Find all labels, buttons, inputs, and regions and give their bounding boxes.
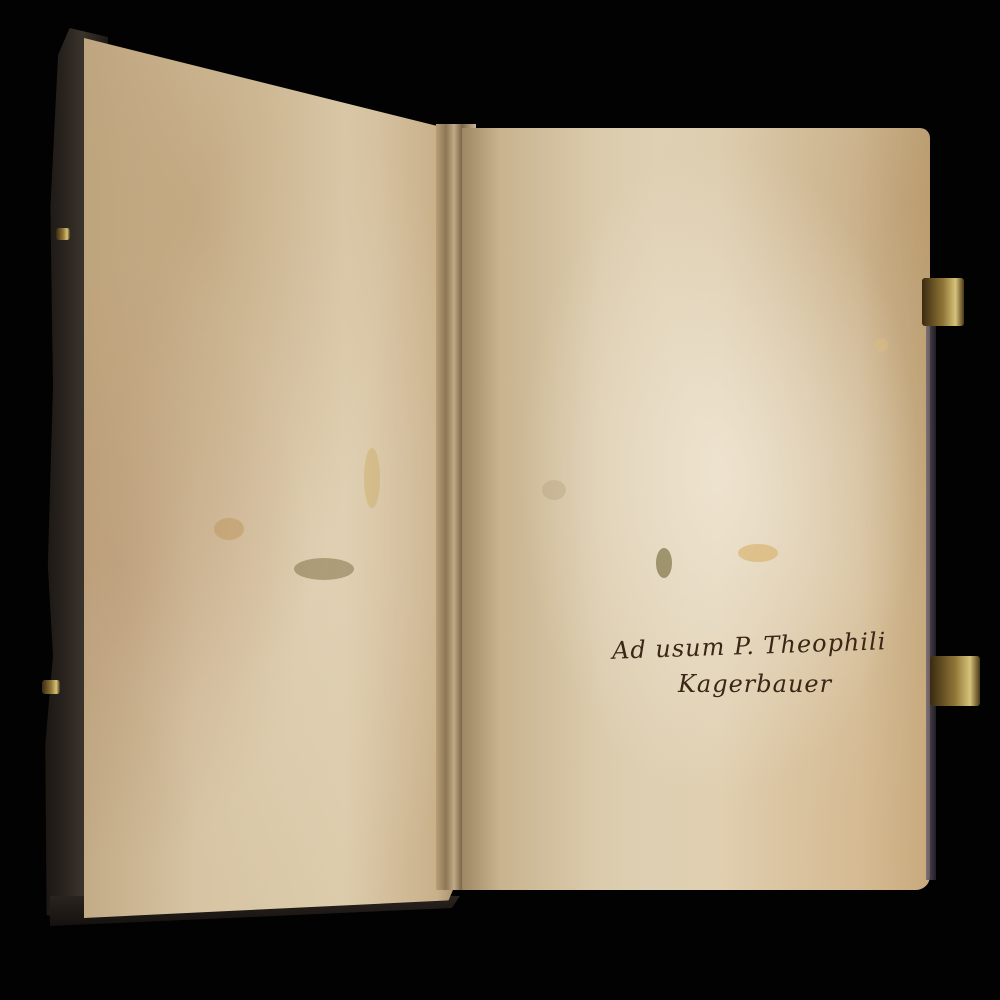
brass-clasp-left-bottom xyxy=(42,680,60,694)
stain xyxy=(214,518,244,540)
stain xyxy=(542,480,566,500)
brass-clasp-right-top xyxy=(922,278,964,326)
brass-clasp-right-bottom xyxy=(930,656,980,706)
stain xyxy=(656,548,672,578)
right-flyleaf xyxy=(462,128,930,890)
page-block-edge xyxy=(926,320,936,880)
stain xyxy=(364,448,380,508)
stain xyxy=(738,544,778,562)
handwritten-ownership-inscription: Ad usum P. Theophili Kagerbauer xyxy=(608,618,908,738)
photo-background: Ad usum P. Theophili Kagerbauer xyxy=(0,0,1000,1000)
stain xyxy=(874,338,888,352)
brass-clasp-left-top xyxy=(56,228,70,240)
stain xyxy=(294,558,354,580)
inscription-line-2: Kagerbauer xyxy=(678,670,832,698)
inscription-line-1: Ad usum P. Theophili xyxy=(612,627,887,665)
left-endpaper xyxy=(84,38,456,918)
